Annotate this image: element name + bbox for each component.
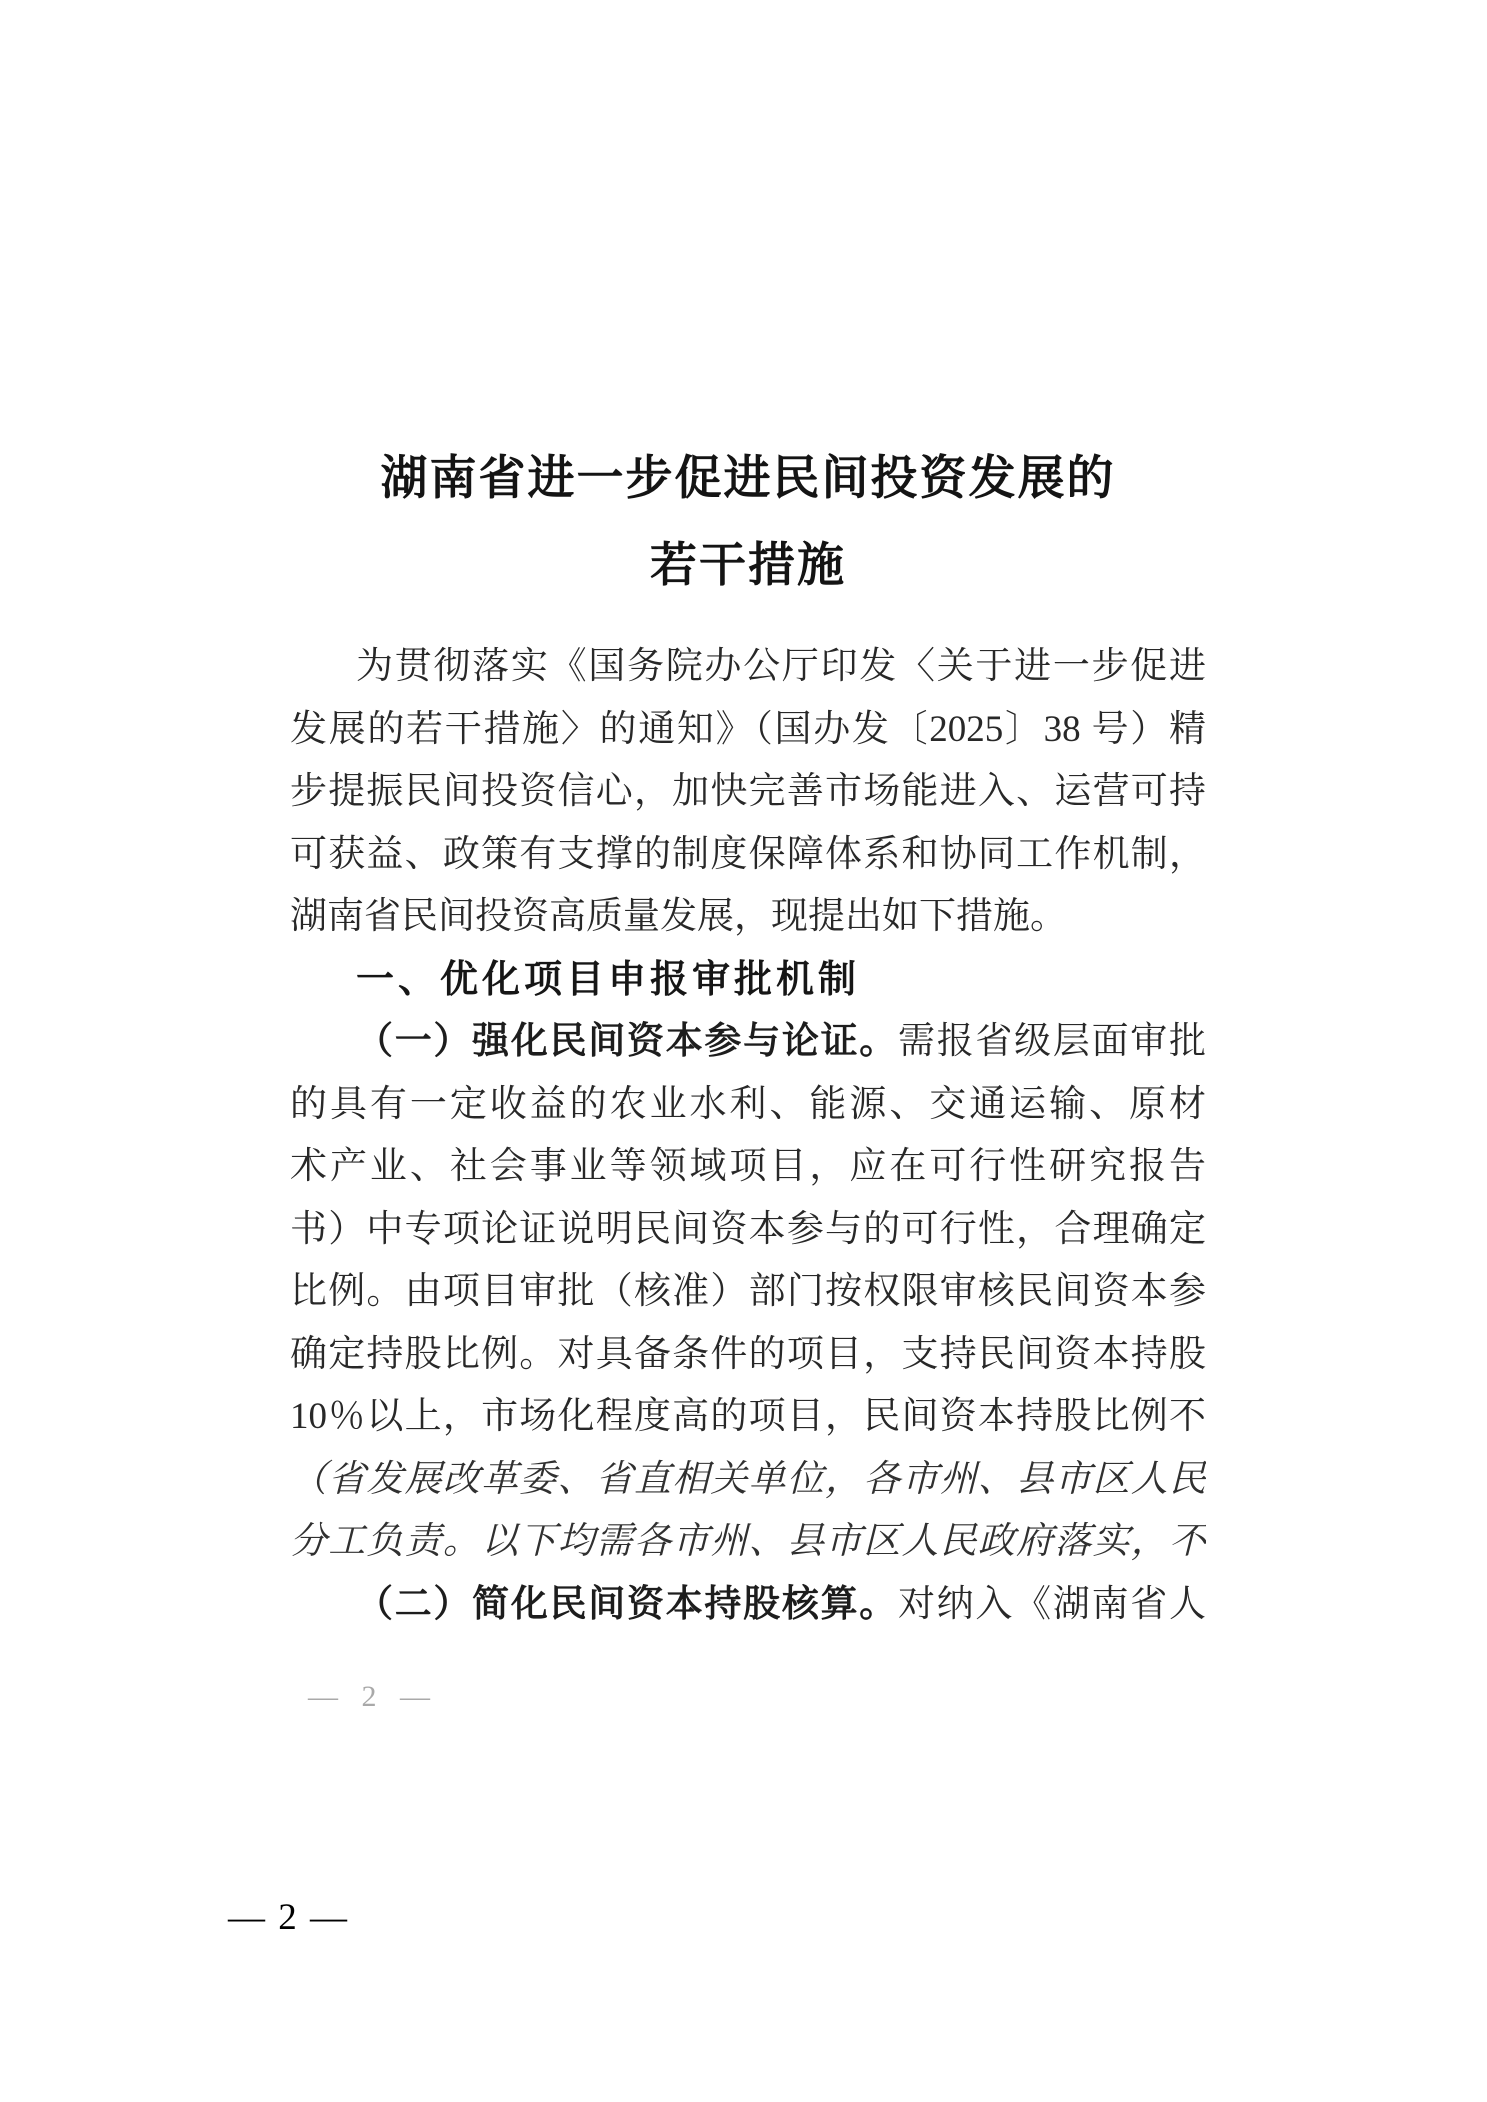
section-heading-1: 一、优化项目申报审批机制: [290, 949, 1206, 1012]
body-line-2: 发展的若干措施〉的通知》（国办发〔2025〕38 号）精神，进一: [290, 699, 1206, 762]
body-line-9: 书）中专项论证说明民间资本参与的可行性，合理确定具体持股: [290, 1199, 1206, 1262]
footer-page-number: — 2 —: [228, 1896, 349, 1939]
document-body: 为贯彻落实《国务院办公厅印发〈关于进一步促进民间投资 发展的若干措施〉的通知》（…: [290, 636, 1206, 1636]
document-title-line2: 若干措施: [290, 523, 1206, 610]
clause-1-lead-bold: （一）强化民间资本参与论证。: [356, 1021, 898, 1062]
body-line-12: 10％以上，市场化程度高的项目，民间资本持股比例不设上限。: [290, 1386, 1206, 1449]
responsibility-note-line-1: （省发展改革委、省直相关单位，各市州、县市区人民政府按职责: [290, 1449, 1206, 1512]
scanned-page-number: — 2 —: [308, 1680, 438, 1714]
responsibility-note-line-2: 分工负责。以下均需各市州、县市区人民政府落实，不再列出）: [290, 1511, 1206, 1574]
body-line-11: 确定持股比例。对具备条件的项目，支持民间资本持股比例可在: [290, 1324, 1206, 1387]
body-line-10: 比例。由项目审批（核准）部门按权限审核民间资本参与情况、: [290, 1261, 1206, 1324]
body-line-4: 可获益、政策有支撑的制度保障体系和协同工作机制，着力促进: [290, 824, 1206, 887]
document-title: 湖南省进一步促进民间投资发展的 若干措施: [290, 436, 1206, 610]
body-line-7: 的具有一定收益的农业水利、能源、交通运输、原材料、高新技: [290, 1074, 1206, 1137]
clause-2-lead-bold: （二）简化民间资本持股核算。: [356, 1584, 898, 1625]
body-line-5: 湖南省民间投资高质量发展，现提出如下措施。: [290, 886, 1206, 949]
body-line-8: 术产业、社会事业等领域项目，应在可行性研究报告（项目申请: [290, 1136, 1206, 1199]
body-line-6: （一）强化民间资本参与论证。需报省级层面审批（核准）: [290, 1011, 1206, 1074]
body-line-15: （二）简化民间资本持股核算。对纳入《湖南省人民政府办: [290, 1574, 1206, 1637]
body-line-1: 为贯彻落实《国务院办公厅印发〈关于进一步促进民间投资: [290, 636, 1206, 699]
document-page: 湖南省进一步促进民间投资发展的 若干措施 为贯彻落实《国务院办公厅印发〈关于进一…: [0, 0, 1487, 2102]
document-title-line1: 湖南省进一步促进民间投资发展的: [290, 436, 1206, 523]
body-line-3: 步提振民间投资信心，加快完善市场能进入、运营可持续、投资: [290, 761, 1206, 824]
